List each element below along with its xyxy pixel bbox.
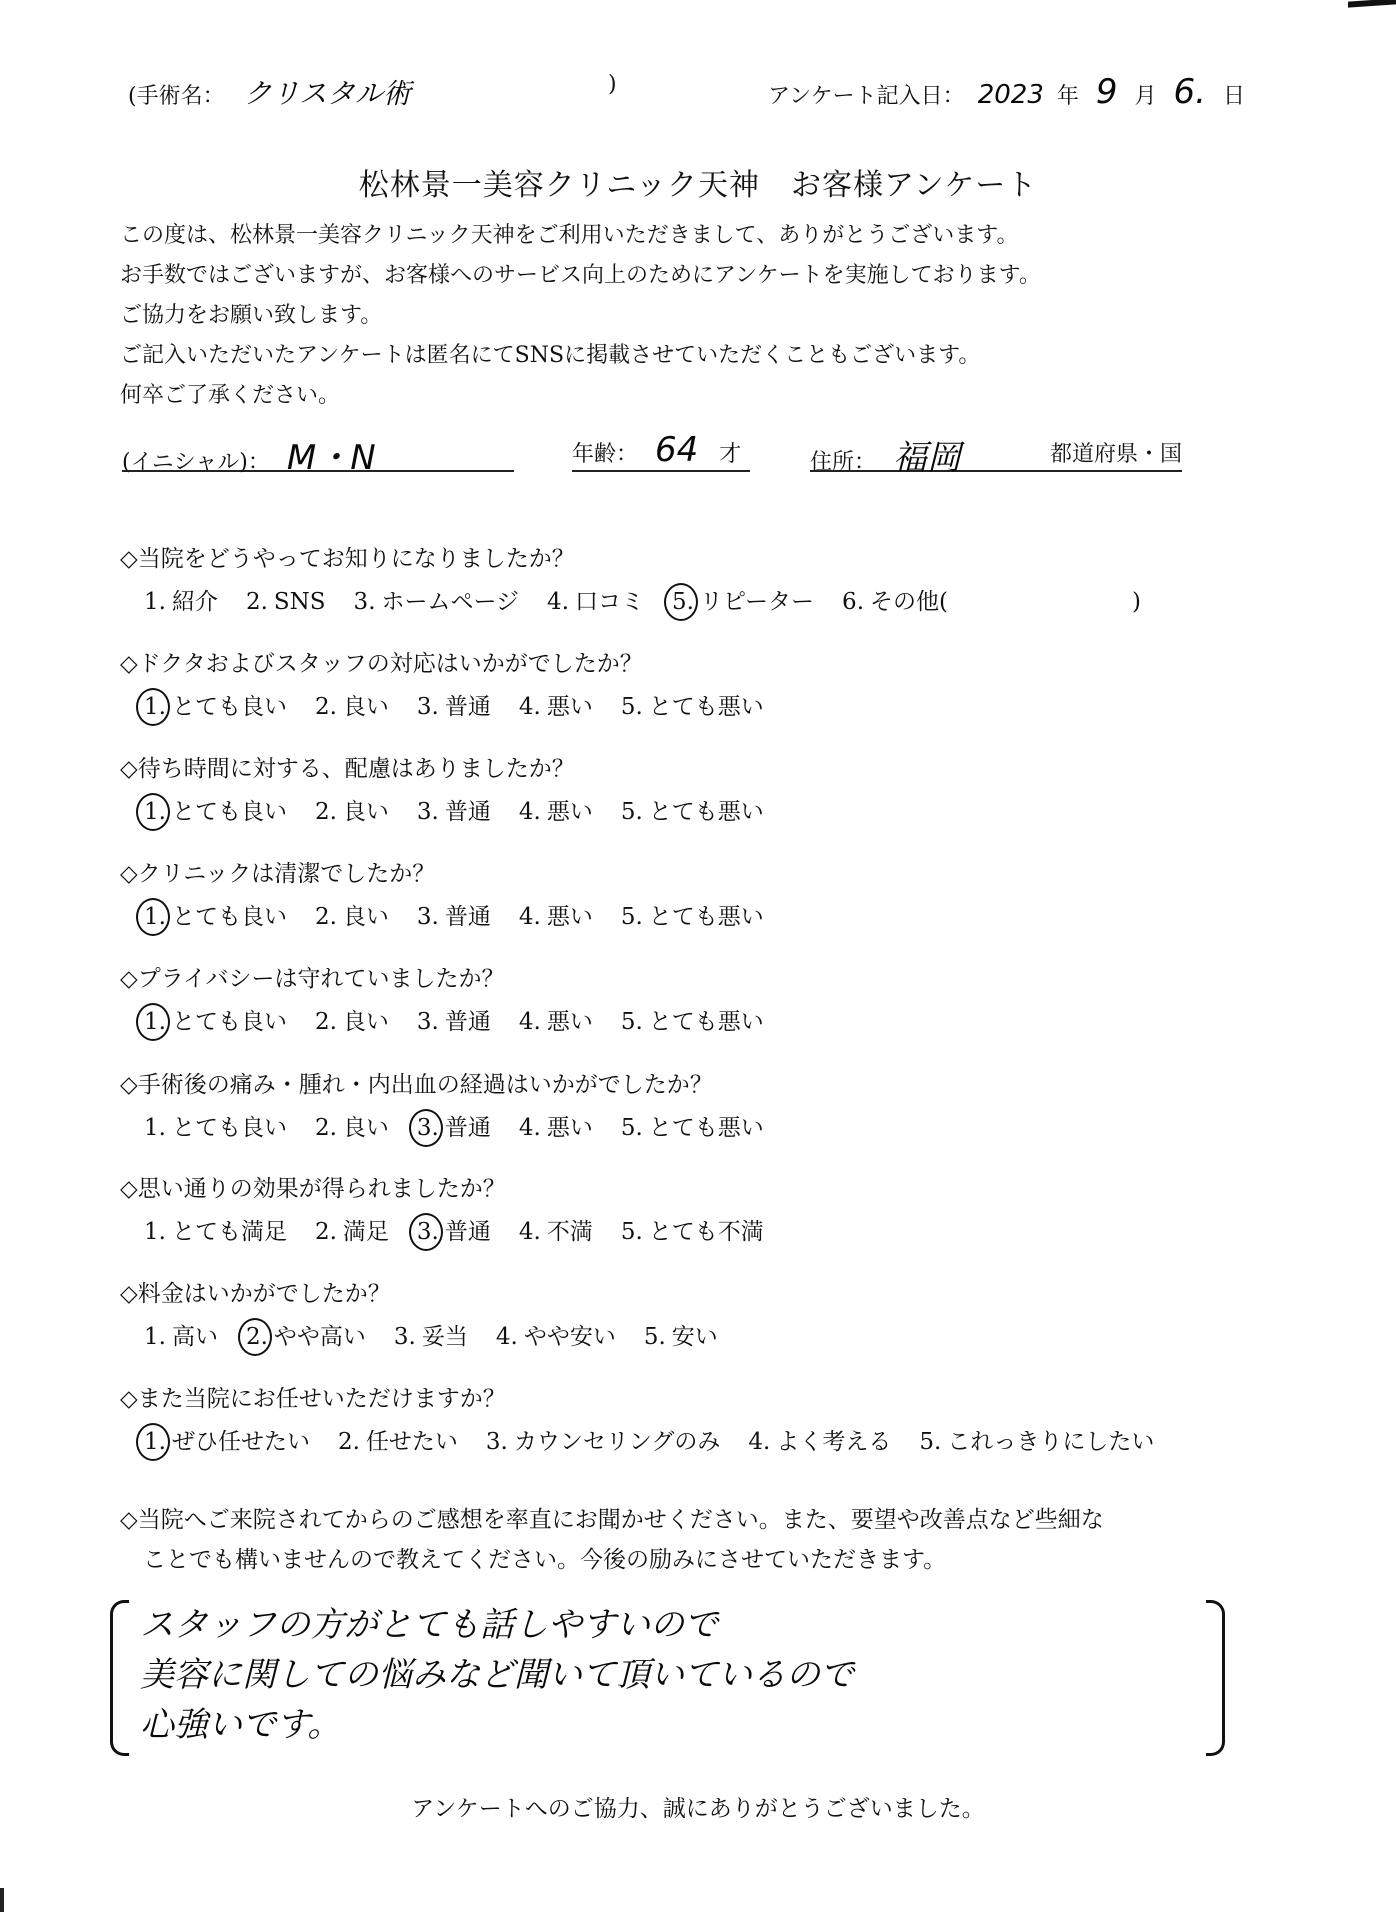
answer-option[interactable]: 4.悪い [519, 688, 593, 721]
answer-option[interactable]: 4.悪い [519, 1003, 593, 1036]
option-label: 紹介 [172, 589, 218, 615]
option-number: 5 [621, 1115, 636, 1141]
option-label: 普通 [445, 904, 491, 930]
option-number: 2 [338, 1429, 353, 1455]
answer-option[interactable]: 3.普通 [417, 1003, 491, 1036]
option-separator: . [763, 1429, 770, 1455]
option-number: 3 [394, 1324, 409, 1350]
option-number: 3 [417, 1115, 432, 1141]
option-label: とても良い [172, 799, 287, 825]
answer-option[interactable]: 5.とても悪い [621, 898, 764, 931]
question-text: ◇思い通りの効果が得られましたか？ [120, 1170, 792, 1203]
answer-options: 1.とても良い2.良い3.普通4.悪い5.とても悪い [144, 898, 792, 931]
option-label: とても悪い [649, 694, 764, 720]
option-label: 不満 [547, 1219, 593, 1245]
option-label: これっきりにしたい [947, 1429, 1154, 1455]
answer-option[interactable]: 2.満足 [315, 1213, 389, 1246]
option-label: とても悪い [649, 1115, 764, 1141]
surgery-name-field: (手術名： クリスタル術 ) [128, 72, 411, 112]
option-number: 4 [519, 904, 534, 930]
address-field: 住所： 福岡 都道府県・国 [810, 430, 1182, 472]
option-label: よく考える [776, 1429, 891, 1455]
answer-options: 1.とても良い2.良い3.普通4.悪い5.とても悪い [144, 688, 792, 721]
question-text: ◇待ち時間に対する、配慮はありましたか？ [120, 750, 792, 783]
option-number: 5 [621, 1219, 636, 1245]
option-number: 1 [144, 1009, 159, 1035]
option-separator: . [635, 694, 642, 720]
option-separator: . [501, 1429, 508, 1455]
option-number: 2 [315, 799, 330, 825]
answer-option-selected[interactable]: 2.やや高い [246, 1318, 366, 1351]
age-label: 年齢： [572, 442, 638, 467]
option-label: とても良い [172, 1115, 287, 1141]
option-label: その他( ) [870, 589, 1141, 615]
option-number: 2 [315, 694, 330, 720]
option-label: やや高い [274, 1324, 366, 1350]
option-number: 3 [354, 589, 369, 615]
answer-line: 美容に関しての悩みなど聞いて頂いているので [140, 1650, 854, 1700]
answer-option[interactable]: 3.普通 [417, 898, 491, 931]
option-separator: . [159, 1324, 166, 1350]
option-separator: . [330, 1009, 337, 1035]
option-label: 任せたい [366, 1429, 458, 1455]
answer-option[interactable]: 5.とても悪い [621, 1109, 764, 1142]
question-text: ◇当院をどうやってお知りになりましたか？ [120, 540, 1169, 573]
option-label: とても満足 [172, 1219, 287, 1245]
option-number: 4 [519, 799, 534, 825]
option-label: とても悪い [649, 799, 764, 825]
answer-option[interactable]: 5.とても悪い [621, 1003, 764, 1036]
intro-line: お手数ではございますが、お客様へのサービス向上のためにアンケートを実施しておりま… [120, 256, 1220, 296]
option-separator: . [635, 1115, 642, 1141]
option-separator: . [432, 694, 439, 720]
answer-option[interactable]: 4.よく考える [748, 1423, 891, 1456]
survey-question: ◇手術後の痛み・腫れ・内出血の経過はいかがでしたか？1.とても良い2.良い3.普… [120, 1066, 792, 1142]
option-label: ホームページ [382, 589, 520, 615]
option-separator: . [562, 589, 569, 615]
option-label: とても不満 [649, 1219, 764, 1245]
scan-edge-mark [1348, 0, 1396, 8]
option-label: やや安い [524, 1324, 616, 1350]
survey-question: ◇当院をどうやってお知りになりましたか？1.紹介2.SNS3.ホームページ4.口… [120, 540, 1169, 616]
answer-option[interactable]: 4.やや安い [496, 1318, 616, 1351]
initial-field: (イニシャル)： M・N [122, 430, 514, 472]
option-separator: . [353, 1429, 360, 1455]
age-unit: 才 [719, 442, 741, 467]
option-number: 2 [315, 904, 330, 930]
option-separator: . [658, 1324, 665, 1350]
option-separator: . [330, 904, 337, 930]
option-number: 1 [144, 1219, 159, 1245]
survey-month-value: 9 [1096, 72, 1118, 112]
option-number: 1 [144, 1115, 159, 1141]
option-number: 4 [519, 1009, 534, 1035]
option-number: 5 [621, 1009, 636, 1035]
intro-line: 何卒ご了承ください。 [120, 376, 1220, 416]
survey-question: ◇料金はいかがでしたか？1.高い2.やや高い3.妥当4.やや安い5.安い [120, 1275, 746, 1351]
answer-option-selected[interactable]: 3.普通 [417, 1213, 491, 1246]
option-label: 安い [672, 1324, 718, 1350]
option-separator: . [534, 904, 541, 930]
option-number: 2 [246, 1324, 261, 1350]
option-label: とても悪い [649, 1009, 764, 1035]
initial-value: M・N [287, 438, 376, 478]
free-comment-answer-box: スタッフの方がとても話しやすいので 美容に関しての悩みなど聞いて頂いているので … [110, 1600, 1225, 1750]
page-title: 松林景一美容クリニック天神 お客様アンケート [0, 160, 1396, 204]
answer-option-selected[interactable]: 3.普通 [417, 1109, 491, 1142]
option-number: 3 [417, 694, 432, 720]
option-separator: . [159, 1115, 166, 1141]
option-separator: . [534, 799, 541, 825]
answer-options: 1.とても良い2.良い3.普通4.悪い5.とても悪い [144, 1109, 792, 1142]
question-text: ◇手術後の痛み・腫れ・内出血の経過はいかがでしたか？ [120, 1066, 792, 1099]
option-separator: . [432, 799, 439, 825]
survey-question: ◇思い通りの効果が得られましたか？1.とても満足2.満足3.普通4.不満5.とて… [120, 1170, 792, 1246]
option-separator: . [159, 589, 166, 615]
answer-option[interactable]: 1.とても良い [144, 1109, 287, 1142]
answer-option[interactable]: 1.紹介 [144, 583, 218, 616]
option-number: 1 [144, 904, 159, 930]
answer-option[interactable]: 4.不満 [519, 1213, 593, 1246]
option-separator: . [534, 1009, 541, 1035]
answer-line: 心強いです。 [140, 1700, 854, 1750]
option-label: 悪い [547, 1115, 593, 1141]
answer-option[interactable]: 6.その他( ) [842, 583, 1141, 616]
option-separator: . [857, 589, 864, 615]
option-label: 悪い [547, 799, 593, 825]
question-text: ◇また当院にお任せいただけますか？ [120, 1380, 1182, 1413]
answer-option[interactable]: 3.ホームページ [354, 583, 520, 616]
survey-question: ◇クリニックは清潔でしたか？1.とても良い2.良い3.普通4.悪い5.とても悪い [120, 855, 792, 931]
option-label: ぜひ任せたい [172, 1429, 310, 1455]
option-label: 悪い [547, 904, 593, 930]
answer-option[interactable]: 4.悪い [519, 793, 593, 826]
scan-edge-mark [0, 1888, 4, 1912]
option-label: 良い [343, 1009, 389, 1035]
option-number: 5 [644, 1324, 659, 1350]
option-number: 1 [144, 799, 159, 825]
option-separator: . [534, 1219, 541, 1245]
option-separator: . [432, 1009, 439, 1035]
answer-option-selected[interactable]: 1.とても良い [144, 898, 287, 931]
answer-option-selected[interactable]: 1.とても良い [144, 793, 287, 826]
answer-option[interactable]: 4.口コミ [547, 583, 644, 616]
answer-line: スタッフの方がとても話しやすいので [140, 1600, 854, 1650]
option-number: 3 [486, 1429, 501, 1455]
survey-question: ◇プライバシーは守れていましたか？1.とても良い2.良い3.普通4.悪い5.とて… [120, 960, 792, 1036]
option-label: 普通 [445, 694, 491, 720]
option-number: 4 [547, 589, 562, 615]
answer-options: 1.とても良い2.良い3.普通4.悪い5.とても悪い [144, 1003, 792, 1036]
option-number: 5 [672, 589, 687, 615]
survey-question: ◇待ち時間に対する、配慮はありましたか？1.とても良い2.良い3.普通4.悪い5… [120, 750, 792, 826]
option-separator: . [534, 1115, 541, 1141]
option-number: 3 [417, 799, 432, 825]
option-separator: . [432, 904, 439, 930]
answer-option[interactable]: 4.悪い [519, 898, 593, 931]
answer-option-selected[interactable]: 1.とても良い [144, 1003, 287, 1036]
option-label: 悪い [547, 694, 593, 720]
option-separator: . [635, 1009, 642, 1035]
month-unit: 月 [1135, 84, 1157, 109]
answer-option[interactable]: 2.良い [315, 1003, 389, 1036]
answer-option[interactable]: 5.とても悪い [621, 688, 764, 721]
option-separator: . [330, 1219, 337, 1245]
option-number: 5 [919, 1429, 934, 1455]
option-separator: . [261, 589, 268, 615]
answer-option[interactable]: 2.良い [315, 793, 389, 826]
question-text: ◇プライバシーは守れていましたか？ [120, 960, 792, 993]
answer-options: 1.紹介2.SNS3.ホームページ4.口コミ5.リピーター6.その他( ) [144, 583, 1169, 616]
answer-options: 1.とても良い2.良い3.普通4.悪い5.とても悪い [144, 793, 792, 826]
option-label: 普通 [445, 1009, 491, 1035]
question-text: ◇料金はいかがでしたか？ [120, 1275, 746, 1308]
year-unit: 年 [1057, 84, 1079, 109]
answer-option[interactable]: 5.とても不満 [621, 1213, 764, 1246]
intro-line: ご協力をお願い致します。 [120, 296, 1220, 336]
option-number: 4 [519, 1115, 534, 1141]
survey-day-value: 6. [1174, 72, 1206, 112]
answer-option[interactable]: 2.良い [315, 688, 389, 721]
answer-option-selected[interactable]: 1.ぜひ任せたい [144, 1423, 310, 1456]
option-number: 4 [519, 694, 534, 720]
option-label: とても悪い [649, 904, 764, 930]
age-value: 64 [655, 430, 698, 470]
option-number: 5 [621, 904, 636, 930]
option-number: 1 [144, 1324, 159, 1350]
intro-text: この度は、松林景一美容クリニック天神をご利用いただきまして、ありがとうございます… [120, 216, 1220, 416]
option-separator: . [409, 1324, 416, 1350]
option-separator: . [635, 799, 642, 825]
option-separator: . [368, 589, 375, 615]
option-label: 普通 [445, 1219, 491, 1245]
free-question-line: ◇当院へご来院されてからのご感想を率直にお聞かせください。また、要望や改善点など… [120, 1500, 1230, 1540]
option-label: 良い [343, 694, 389, 720]
option-separator: . [330, 799, 337, 825]
address-label: 住所： [810, 450, 876, 475]
answer-option[interactable]: 5.安い [644, 1318, 718, 1351]
answer-options: 1.ぜひ任せたい2.任せたい3.カウンセリングのみ4.よく考える5.これっきりに… [144, 1423, 1182, 1456]
option-label: 悪い [547, 1009, 593, 1035]
option-number: 4 [748, 1429, 763, 1455]
option-separator: . [511, 1324, 518, 1350]
survey-question: ◇また当院にお任せいただけますか？1.ぜひ任せたい2.任せたい3.カウンセリング… [120, 1380, 1182, 1456]
free-comment-answer: スタッフの方がとても話しやすいので 美容に関しての悩みなど聞いて頂いているので … [140, 1600, 854, 1750]
option-label: SNS [274, 589, 326, 615]
option-label: 良い [343, 1115, 389, 1141]
option-number: 6 [842, 589, 857, 615]
option-label: カウンセリングのみ [514, 1429, 721, 1455]
option-separator: . [534, 694, 541, 720]
option-number: 4 [519, 1219, 534, 1245]
option-number: 1 [144, 1429, 159, 1455]
question-text: ◇ドクタおよびスタッフの対応はいかがでしたか？ [120, 645, 792, 678]
free-comment-question: ◇当院へご来院されてからのご感想を率直にお聞かせください。また、要望や改善点など… [120, 1500, 1230, 1580]
option-number: 3 [417, 1009, 432, 1035]
option-number: 5 [621, 694, 636, 720]
option-number: 1 [144, 589, 159, 615]
surgery-name-label: (手術名： [128, 84, 225, 109]
answer-option[interactable]: 1.とても満足 [144, 1213, 287, 1246]
answer-option[interactable]: 2.SNS [246, 589, 326, 615]
free-question-line: ことでも構いませんので教えてください。今後の励みにさせていただきます。 [120, 1540, 1230, 1580]
option-label: 普通 [445, 799, 491, 825]
bracket-left [110, 1600, 129, 1756]
option-number: 2 [315, 1009, 330, 1035]
answer-option-selected[interactable]: 1.とても良い [144, 688, 287, 721]
option-separator: . [159, 1219, 166, 1245]
option-label: とても良い [172, 694, 287, 720]
surgery-name-close: ) [608, 72, 617, 97]
answer-option[interactable]: 2.良い [315, 1109, 389, 1142]
survey-question: ◇ドクタおよびスタッフの対応はいかがでしたか？1.とても良い2.良い3.普通4.… [120, 645, 792, 721]
address-value: 福岡 [893, 438, 961, 478]
answer-option-selected[interactable]: 5.リピーター [672, 583, 814, 616]
answer-option[interactable]: 5.とても悪い [621, 793, 764, 826]
answer-option[interactable]: 3.普通 [417, 688, 491, 721]
bracket-right [1206, 1600, 1225, 1756]
option-label: 高い [172, 1324, 218, 1350]
answer-option[interactable]: 2.任せたい [338, 1423, 458, 1456]
option-label: とても良い [172, 904, 287, 930]
initial-label: (イニシャル)： [122, 450, 270, 475]
option-label: 普通 [445, 1115, 491, 1141]
option-number: 4 [496, 1324, 511, 1350]
answer-option[interactable]: 5.これっきりにしたい [919, 1423, 1154, 1456]
survey-date-label: アンケート記入日： [768, 84, 965, 109]
option-separator: . [330, 1115, 337, 1141]
surgery-name-value: クリスタル術 [244, 77, 411, 110]
option-label: 口コミ [575, 589, 644, 615]
option-label: 満足 [343, 1219, 389, 1245]
answer-options: 1.高い2.やや高い3.妥当4.やや安い5.安い [144, 1318, 746, 1351]
option-label: 良い [343, 904, 389, 930]
survey-date-field: アンケート記入日： 2023 年 9 月 6. 日 [768, 72, 1245, 112]
option-number: 5 [621, 799, 636, 825]
footer-thanks: アンケートへのご協力、誠にありがとうございました。 [0, 1790, 1396, 1823]
option-separator: . [635, 904, 642, 930]
survey-year-value: 2023 [978, 80, 1044, 110]
option-number: 2 [315, 1219, 330, 1245]
option-number: 3 [417, 904, 432, 930]
age-field: 年齢： 64 才 [572, 430, 750, 472]
answer-option[interactable]: 2.良い [315, 898, 389, 931]
option-number: 2 [246, 589, 261, 615]
answer-option[interactable]: 3.普通 [417, 793, 491, 826]
intro-line: ご記入いただいたアンケートは匿名にてSNSに掲載させていただくこともございます。 [120, 336, 1220, 376]
option-separator: . [330, 694, 337, 720]
answer-option[interactable]: 1.高い [144, 1318, 218, 1351]
option-number: 2 [315, 1115, 330, 1141]
option-separator: . [635, 1219, 642, 1245]
option-label: リピーター [700, 589, 814, 615]
option-label: 良い [343, 799, 389, 825]
option-number: 3 [417, 1219, 432, 1245]
answer-option[interactable]: 3.妥当 [394, 1318, 468, 1351]
answer-options: 1.とても満足2.満足3.普通4.不満5.とても不満 [144, 1213, 792, 1246]
option-separator: . [934, 1429, 941, 1455]
answer-option[interactable]: 4.悪い [519, 1109, 593, 1142]
option-label: 妥当 [422, 1324, 468, 1350]
address-suffix: 都道府県・国 [1050, 437, 1182, 468]
day-unit: 日 [1223, 84, 1245, 109]
intro-line: この度は、松林景一美容クリニック天神をご利用いただきまして、ありがとうございます… [120, 216, 1220, 256]
question-text: ◇クリニックは清潔でしたか？ [120, 855, 792, 888]
option-label: とても良い [172, 1009, 287, 1035]
option-number: 1 [144, 694, 159, 720]
answer-option[interactable]: 3.カウンセリングのみ [486, 1423, 721, 1456]
